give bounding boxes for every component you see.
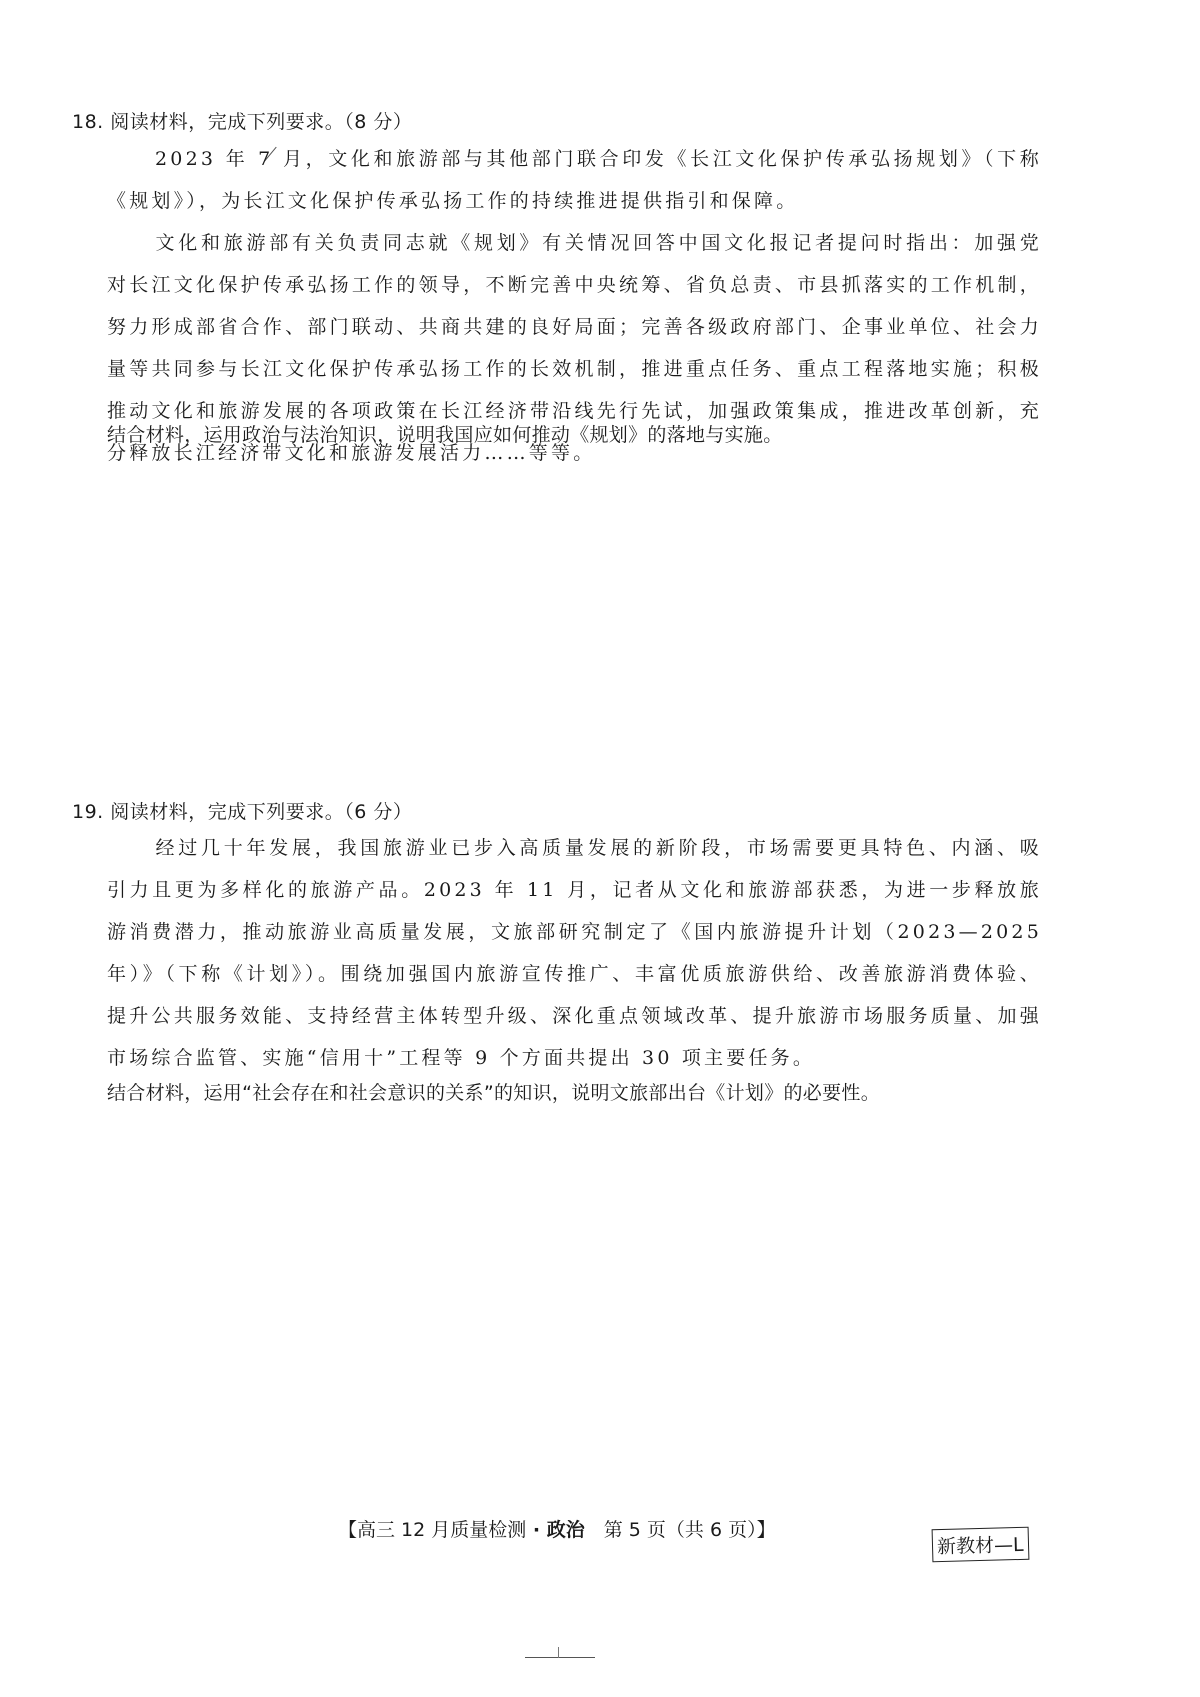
question-19-requirement: 结合材料，运用“社会存在和社会意识的关系”的知识，说明文旅部出台《计划》的必要性…	[107, 1078, 880, 1105]
question-19-paragraph-1: 经过几十年发展，我国旅游业已步入高质量发展的新阶段，市场需要更具特色、内涵、吸引…	[107, 827, 1042, 1079]
question-18-title: 18. 阅读材料，完成下列要求。（8 分）	[72, 107, 412, 134]
question-19-title: 19. 阅读材料，完成下列要求。（6 分）	[72, 797, 412, 824]
separator-dot: ·	[526, 1519, 546, 1541]
paragraph-text: 2023 年 7 月，文化和旅游部与其他部门联合印发《长江文化保护传承弘扬规划》…	[107, 148, 1042, 212]
bracket-right: 】	[757, 1519, 776, 1541]
question-18-paragraph-1: 2023 年 7 月，文化和旅游部与其他部门联合印发《长江文化保护传承弘扬规划》…	[107, 138, 1042, 222]
subject-name: 政治	[547, 1519, 585, 1541]
paragraph-text: 经过几十年发展，我国旅游业已步入高质量发展的新阶段，市场需要更具特色、内涵、吸引…	[107, 837, 1042, 1069]
exam-name: 高三 12 月质量检测	[357, 1519, 526, 1541]
question-18-requirement: 结合材料，运用政治与法治知识，说明我国应如何推动《规划》的落地与实施。	[107, 420, 783, 447]
page-number: 第 5 页（共 6 页）	[585, 1519, 757, 1541]
binding-mark	[525, 1657, 595, 1658]
edition-badge: 新教材—L	[932, 1527, 1029, 1563]
page-footer: 【高三 12 月质量检测 · 政治 第 5 页（共 6 页）】	[338, 1515, 776, 1542]
bracket-left: 【	[338, 1519, 357, 1541]
